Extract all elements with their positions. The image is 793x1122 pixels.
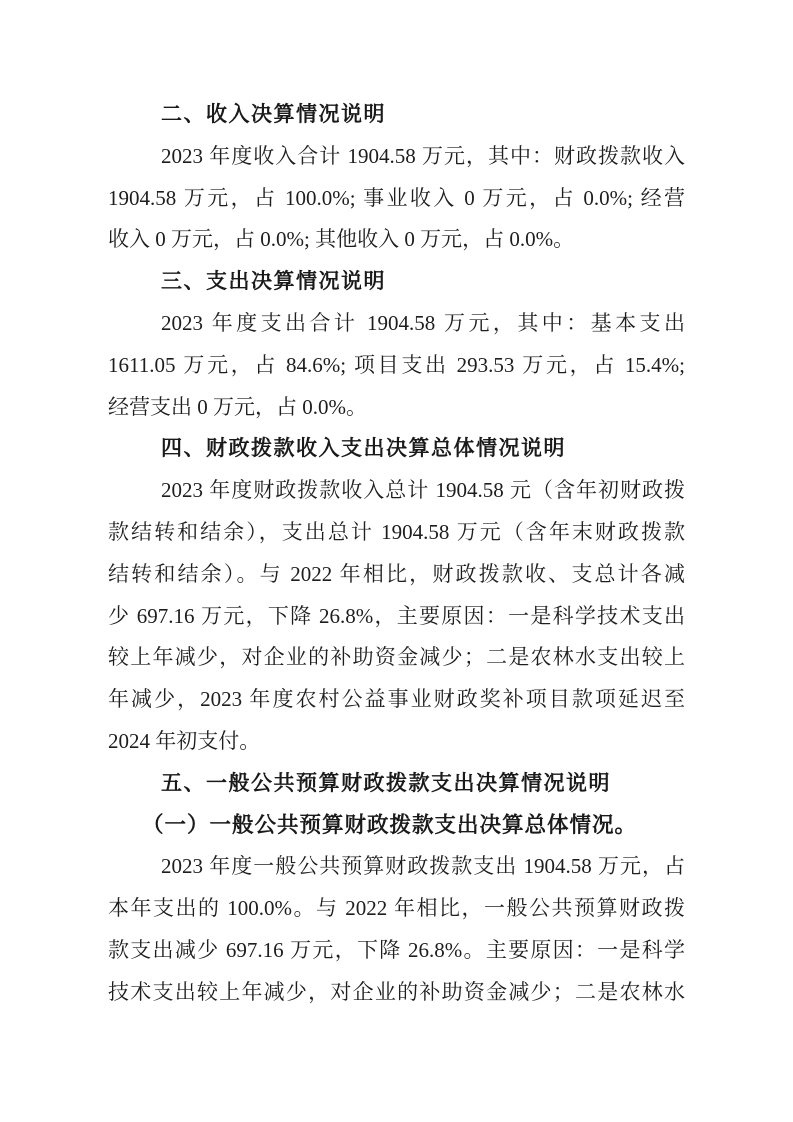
text-line: 本年支出的 100.0%。与 2022 年相比，一般公共预算财政拨 xyxy=(108,888,685,930)
text-line: 少 697.16 万元，下降 26.8%，主要原因：一是科学技术支出 xyxy=(108,596,685,638)
text-line: 结转和结余）。与 2022 年相比，财政拨款收、支总计各减 xyxy=(108,554,685,596)
heading-section-general-budget: 五、一般公共预算财政拨款支出决算情况说明 xyxy=(108,763,685,805)
text-line: 较上年减少，对企业的补助资金减少；二是农林水支出较上 xyxy=(108,637,685,679)
heading-section-income: 二、收入决算情况说明 xyxy=(108,94,685,136)
text-line: 2023 年度财政拨款收入总计 1904.58 元（含年初财政拨 xyxy=(108,470,685,512)
sub-heading-overall-situation: （一）一般公共预算财政拨款支出决算总体情况。 xyxy=(108,805,685,847)
text-line: 1611.05 万元，占 84.6%; 项目支出 293.53 万元，占 15.… xyxy=(108,345,685,387)
text-line: 年减少，2023 年度农村公益事业财政奖补项目款项延迟至 xyxy=(108,679,685,721)
text-line: 1904.58 万元，占 100.0%; 事业收入 0 万元，占 0.0%; 经… xyxy=(108,178,685,220)
text-line: 收入 0 万元，占 0.0%; 其他收入 0 万元，占 0.0%。 xyxy=(108,219,685,261)
text-line: 2023 年度支出合计 1904.58 万元，其中：基本支出 xyxy=(108,303,685,345)
heading-section-fiscal-allocation: 四、财政拨款收入支出决算总体情况说明 xyxy=(108,428,685,470)
text-line: 2023 年度收入合计 1904.58 万元，其中：财政拨款收入 xyxy=(108,136,685,178)
text-line: 技术支出较上年减少，对企业的补助资金减少；二是农林水 xyxy=(108,972,685,1014)
text-line: 2023 年度一般公共预算财政拨款支出 1904.58 万元，占 xyxy=(108,846,685,888)
text-line: 款结转和结余），支出总计 1904.58 万元（含年末财政拨款 xyxy=(108,512,685,554)
text-line: 款支出减少 697.16 万元，下降 26.8%。主要原因：一是科学 xyxy=(108,930,685,972)
heading-section-expenditure: 三、支出决算情况说明 xyxy=(108,261,685,303)
text-line: 2024 年初支付。 xyxy=(108,721,685,763)
text-line: 经营支出 0 万元，占 0.0%。 xyxy=(108,387,685,429)
document-page: 二、收入决算情况说明 2023 年度收入合计 1904.58 万元，其中：财政拨… xyxy=(0,0,793,1122)
